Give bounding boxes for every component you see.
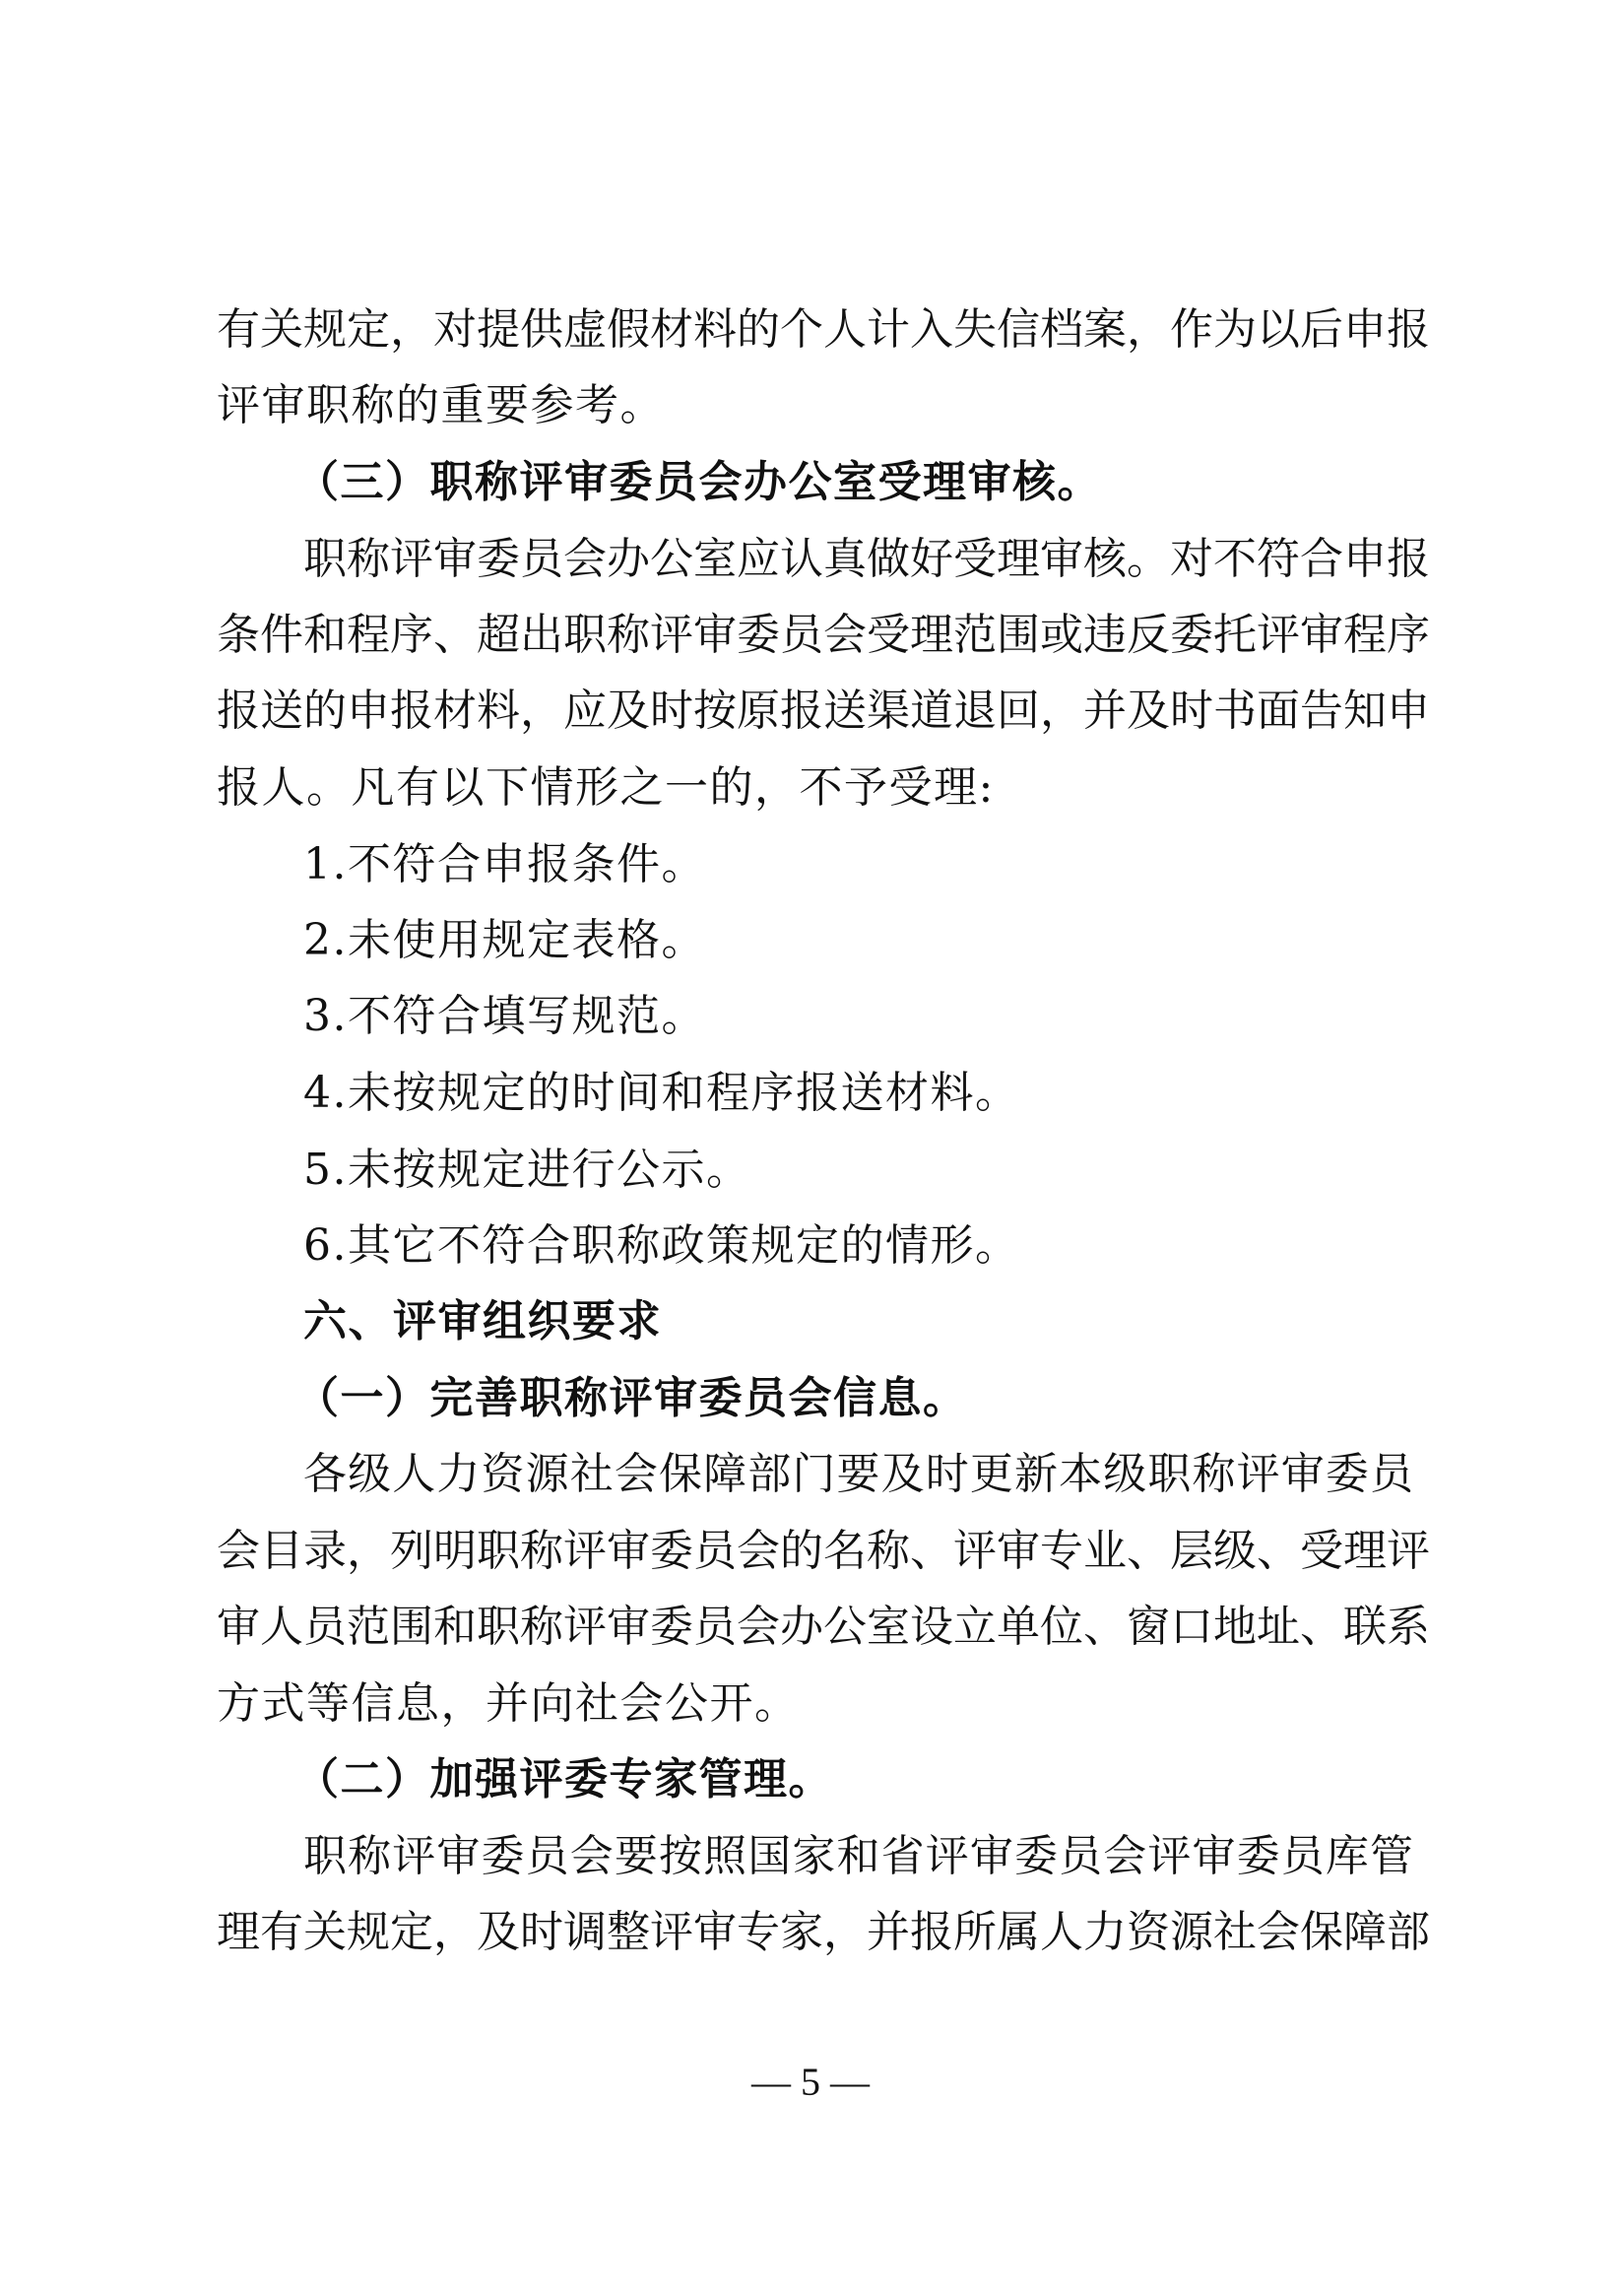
paragraph-line: 各级人力资源社会保障部门要及时更新本级职称评审委员 — [303, 1436, 1413, 1513]
paragraph-line: 职称评审委员会要按照国家和省评审委员会评审委员库管 — [303, 1818, 1413, 1895]
paragraph-line: 会目录，列明职称评审委员会的名称、评审专业、层级、受理评 — [217, 1513, 1413, 1590]
list-item: 6.其它不符合职称政策规定的情形。 — [303, 1208, 1413, 1284]
paragraph-line: 报人。凡有以下情形之一的，不予受理: — [217, 750, 1413, 826]
document-page: 有关规定，对提供虚假材料的个人计入失信档案，作为以后申报 评审职称的重要参考。 … — [0, 0, 1621, 2296]
section-subheading: （三）职称评审委员会办公室受理审核。 — [295, 444, 1492, 521]
list-item: 2.未使用规定表格。 — [303, 902, 1413, 979]
paragraph-line: 理有关规定，及时调整评审专家，并报所属人力资源社会保障部 — [217, 1894, 1413, 1971]
paragraph-line: 条件和程序、超出职称评审委员会受理范围或违反委托评审程序 — [217, 597, 1413, 674]
section-subheading: （二）加强评委专家管理。 — [295, 1741, 1492, 1818]
list-item: 5.未按规定进行公示。 — [303, 1132, 1413, 1209]
paragraph-line: 报送的申报材料，应及时按原报送渠道退回，并及时书面告知申 — [217, 673, 1413, 750]
paragraph-line: 审人员范围和职称评审委员会办公室设立单位、窗口地址、联系 — [217, 1589, 1413, 1666]
list-item: 1.不符合申报条件。 — [303, 826, 1413, 903]
list-item: 3.不符合填写规范。 — [303, 978, 1413, 1055]
paragraph-line: 职称评审委员会办公室应认真做好受理审核。对不符合申报 — [303, 521, 1413, 598]
paragraph-line: 有关规定，对提供虚假材料的个人计入失信档案，作为以后申报 — [217, 292, 1413, 368]
paragraph-line: 评审职称的重要参考。 — [217, 367, 1413, 444]
section-subheading: （一）完善职称评审委员会信息。 — [295, 1360, 1492, 1437]
paragraph-line: 方式等信息，并向社会公开。 — [217, 1666, 1413, 1742]
section-heading: 六、评审组织要求 — [303, 1283, 1413, 1360]
page-number: — 5 — — [0, 2059, 1621, 2105]
list-item: 4.未按规定的时间和程序报送材料。 — [303, 1055, 1413, 1132]
